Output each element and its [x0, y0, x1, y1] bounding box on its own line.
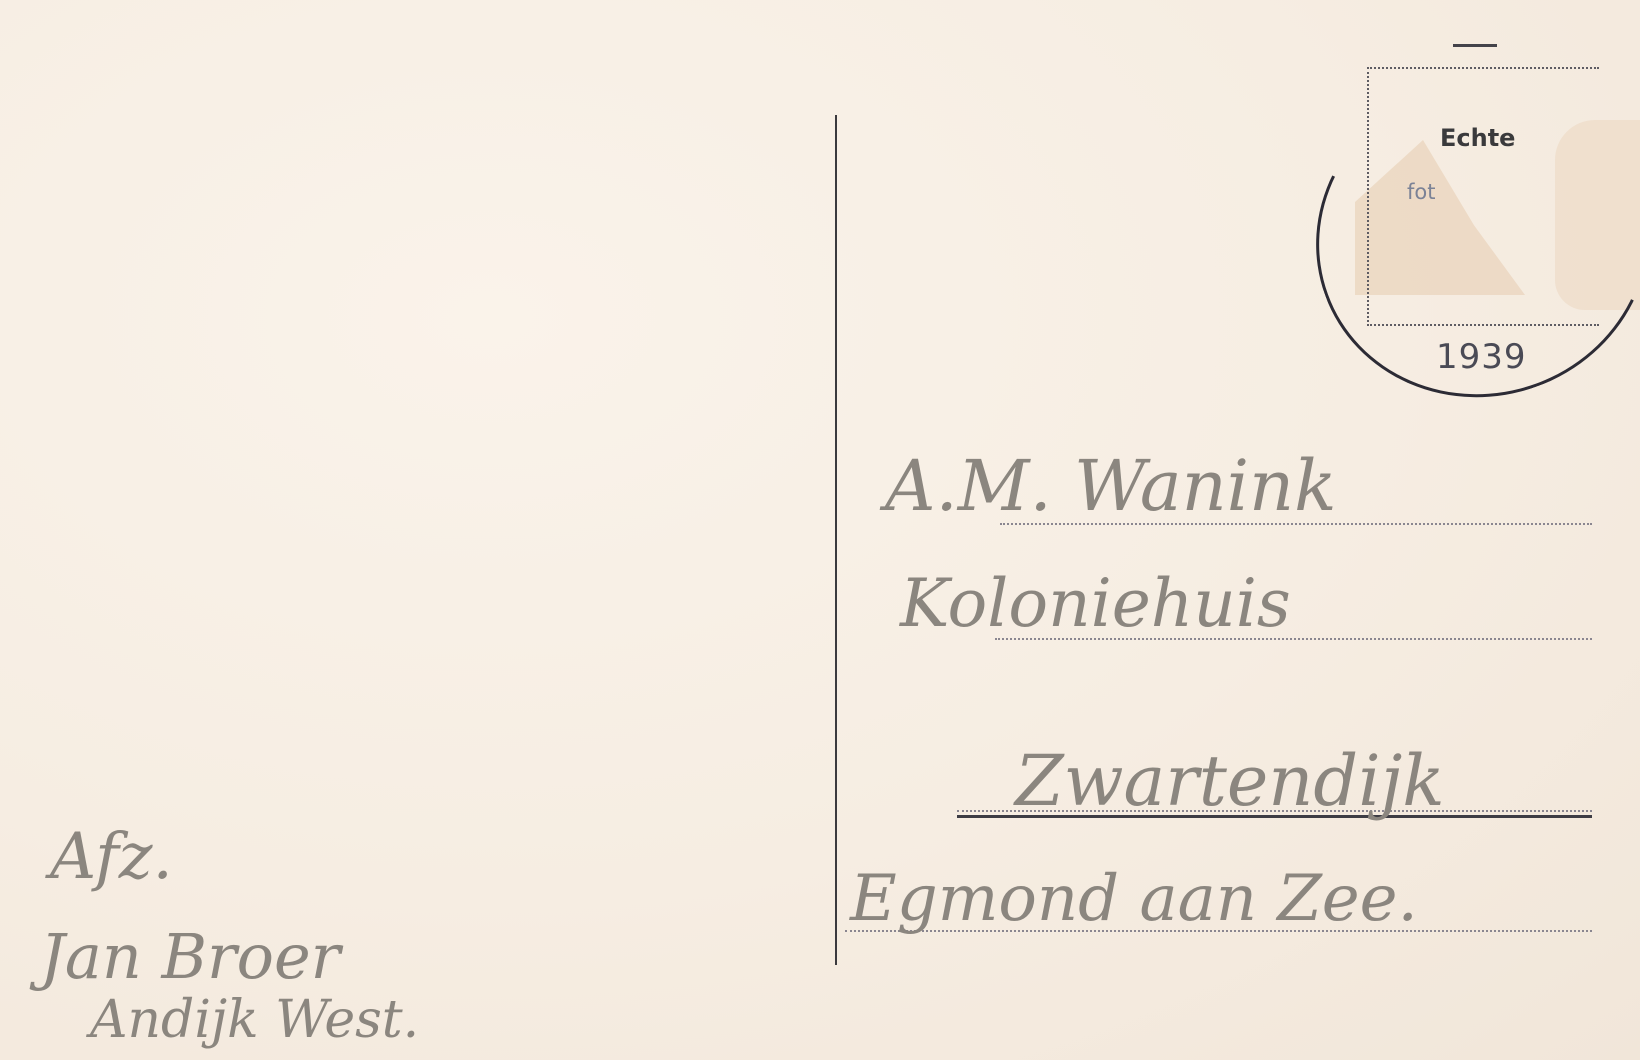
sender-name: Jan Broer — [40, 920, 340, 993]
postmark-year: 1939 — [1436, 337, 1527, 377]
address-institution: Koloniehuis — [900, 565, 1291, 642]
address-city: Egmond aan Zee. — [850, 862, 1418, 936]
address-name: A.M. Wanink — [885, 445, 1337, 527]
postcard-back: Echte fot 1939 A.M. Wanink Koloniehuis Z… — [0, 0, 1640, 1060]
postmark-fragment — [1453, 44, 1497, 47]
sender-label: Afz. — [50, 820, 173, 894]
center-divider-line — [835, 115, 837, 965]
address-street: Zwartendijk — [1015, 740, 1445, 822]
sender-place: Andijk West. — [90, 990, 419, 1050]
